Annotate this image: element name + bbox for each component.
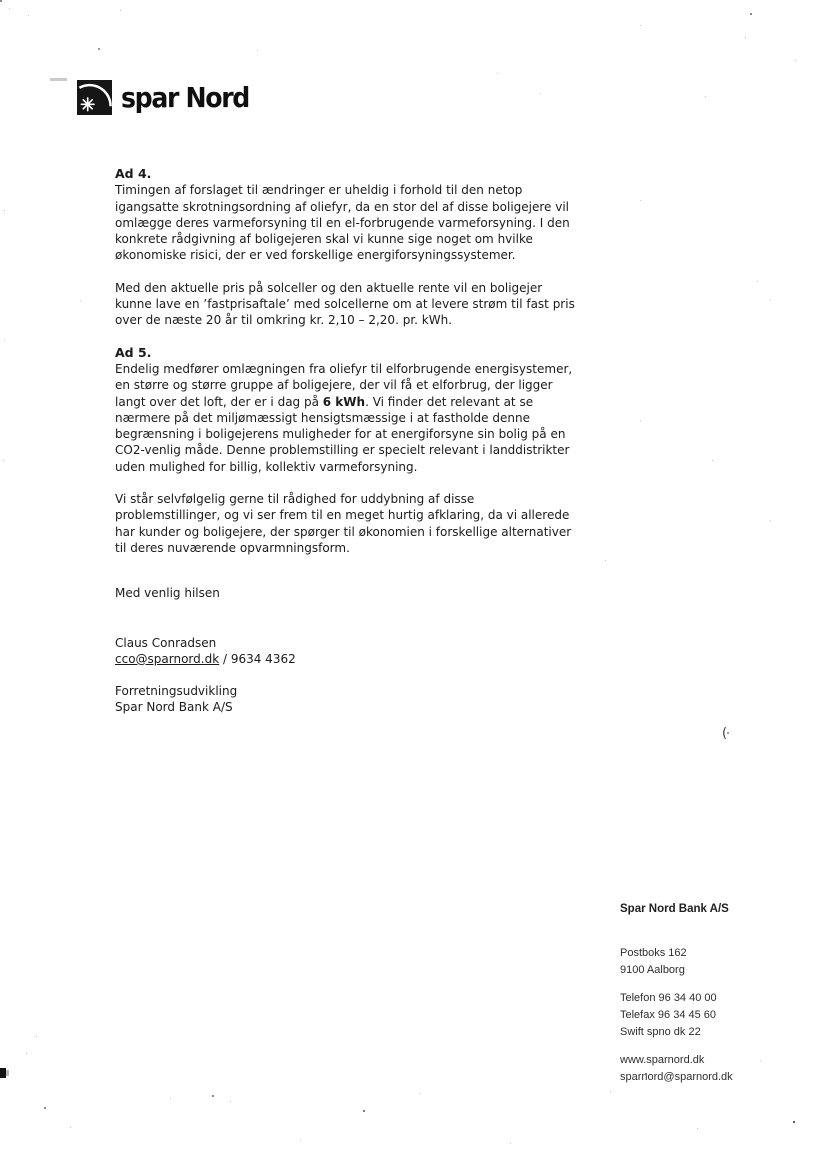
scan-smudge [50,78,67,81]
text-segment: Claus Conradsen [115,636,216,650]
scan-edge-mark-glow [6,1070,9,1076]
text-segment: over de næste 20 år til omkring kr. 2,10… [115,313,452,327]
text-segment: Ad 4. [115,166,151,181]
footer-line: Telefax 96 34 45 60 [620,1007,810,1024]
letter-line: langt over det loft, der er i dag på 6 k… [115,394,660,410]
text-segment: Ad 5. [115,345,151,360]
letter-line: har kunder og boligejere, der spørger ti… [115,524,660,540]
scanned-letter-page: spar Nord Ad 4.Timingen af forslaget til… [0,0,819,1173]
text-segment: kunne lave en ’fastprisaftale’ med solce… [115,297,575,311]
letter-line: Ad 5. [115,345,660,361]
text-segment: . Vi finder det relevant at se [365,395,533,409]
footer-line: 9100 Aalborg [620,962,810,979]
text-segment: igangsatte skrotningsordning af oliefyr,… [115,200,569,214]
letter-line: omlægge deres varmeforsyning til en el-f… [115,215,660,231]
section-heading-ad5: Ad 5. [115,345,660,361]
letter-line: over de næste 20 år til omkring kr. 2,10… [115,312,660,328]
letter-line: cco@sparnord.dk / 9634 4362 [115,651,660,667]
text-segment: økonomiske risici, der er ved forskellig… [115,248,516,262]
text-segment: begrænsning i boligejerens muligheder fo… [115,427,565,441]
paragraph-ad5: Endelig medfører omlægningen fra oliefyr… [115,361,660,475]
text-segment: omlægge deres varmeforsyning til en el-f… [115,216,570,230]
text-segment: Spar Nord Bank A/S [115,700,233,714]
text-segment: langt over det loft, der er i dag på [115,395,323,409]
letter-line: Claus Conradsen [115,635,660,651]
letter-line: igangsatte skrotningsordning af oliefyr,… [115,199,660,215]
sparnord-spark-icon [77,80,112,115]
letter-line: Endelig medfører omlægningen fra oliefyr… [115,361,660,377]
text-segment: Vi står selvfølgelig gerne til rådighed … [115,492,474,506]
letter-line: Vi står selvfølgelig gerne til rådighed … [115,491,660,507]
text-segment: problemstillinger, og vi ser frem til en… [115,508,569,522]
sparnord-logo: spar Nord [77,80,263,115]
footer-line: Telefon 96 34 40 00 [620,990,810,1007]
letter-line: nærmere på det miljømæssigt hensigtsmæss… [115,410,660,426]
letter-body: Ad 4.Timingen af forslaget til ændringer… [115,166,660,716]
letter-line: Med venlig hilsen [115,585,660,601]
letter-line: kunne lave en ’fastprisaftale’ med solce… [115,296,660,312]
paragraph-ad4: Timingen af forslaget til ændringer er u… [115,182,660,263]
signature-contact: Claus Conradsencco@sparnord.dk / 9634 43… [115,635,660,668]
text-segment: CO2-venlig måde. Denne problemstilling e… [115,443,569,457]
letter-line: CO2-venlig måde. Denne problemstilling e… [115,442,660,458]
footer-group: www.sparnord.dksparnord@sparnord.dk [620,1052,810,1086]
text-segment: nærmere på det miljømæssigt hensigtsmæss… [115,411,530,425]
letter-line: problemstillinger, og vi ser frem til en… [115,507,660,523]
footer-line: www.sparnord.dk [620,1052,810,1069]
letter-line: Spar Nord Bank A/S [115,699,660,715]
letter-line: Ad 4. [115,166,660,182]
letter-line: til deres nuværende opvarmningsform. [115,540,660,556]
text-segment: Forretningsudvikling [115,684,237,698]
sparnord-wordmark: spar Nord [121,81,249,114]
letter-line: økonomiske risici, der er ved forskellig… [115,247,660,263]
scan-paren-artifact: ( [722,726,727,741]
footer-line: Swift spno dk 22 [620,1024,810,1041]
text-segment: Timingen af forslaget til ændringer er u… [115,183,522,197]
footer-line: Postboks 162 [620,945,810,962]
text-segment: til deres nuværende opvarmningsform. [115,541,350,555]
text-segment: Endelig medfører omlægningen fra oliefyr… [115,362,572,376]
footer-line: sparnord@sparnord.dk [620,1069,810,1086]
text-segment: konkrete rådgivning af boligejeren skal … [115,232,533,246]
signoff: Med venlig hilsen [115,585,660,601]
paragraph-closing: Vi står selvfølgelig gerne til rådighed … [115,491,660,556]
letter-line: begrænsning i boligejerens muligheder fo… [115,426,660,442]
signature-org: ForretningsudviklingSpar Nord Bank A/S [115,683,660,716]
footer-group: Postboks 1629100 Aalborg [620,945,810,979]
footer-company-name: Spar Nord Bank A/S [620,903,810,915]
footer-group: Telefon 96 34 40 00Telefax 96 34 45 60Sw… [620,990,810,1041]
letter-line: konkrete rådgivning af boligejeren skal … [115,231,660,247]
footer-groups: Postboks 1629100 AalborgTelefon 96 34 40… [620,945,810,1086]
text-segment: har kunder og boligejere, der spørger ti… [115,525,571,539]
paragraph-solcelle-pris: Med den aktuelle pris på solceller og de… [115,280,660,329]
letter-line: Forretningsudvikling [115,683,660,699]
letter-line: en større og større gruppe af boligejere… [115,377,660,393]
section-heading-ad4: Ad 4. [115,166,660,182]
footer-contact-block: Spar Nord Bank A/S Postboks 1629100 Aalb… [620,903,810,1097]
letter-line: Med den aktuelle pris på solceller og de… [115,280,660,296]
email-text: cco@sparnord.dk [115,652,219,666]
scan-specks-dark [0,0,2,2]
text-segment: en større og større gruppe af boligejere… [115,378,553,392]
text-segment: uden mulighed for billig, kollektiv varm… [115,460,417,474]
text-segment: 6 kWh [323,395,365,409]
text-segment: Med venlig hilsen [115,586,220,600]
letter-line: uden mulighed for billig, kollektiv varm… [115,459,660,475]
text-segment: Med den aktuelle pris på solceller og de… [115,281,542,295]
text-segment: / 9634 4362 [219,652,296,666]
letter-line: Timingen af forslaget til ændringer er u… [115,182,660,198]
